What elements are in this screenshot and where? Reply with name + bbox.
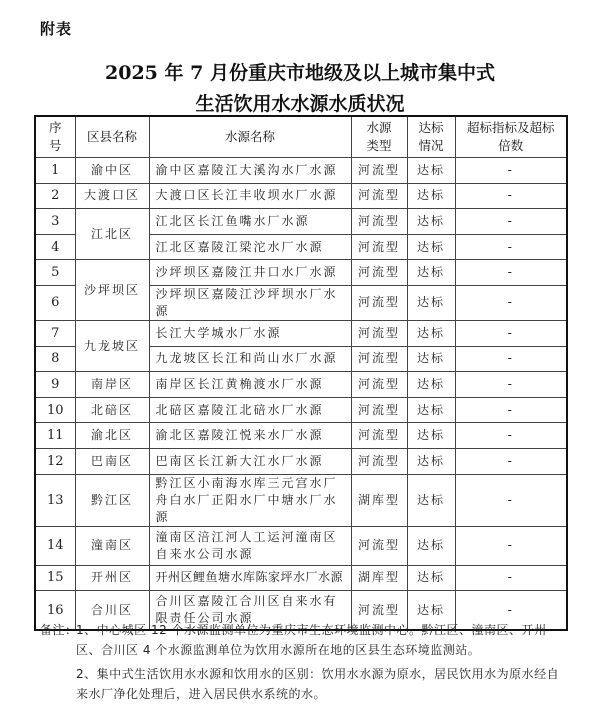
header-source-name: 水源名称 (149, 116, 351, 158)
cell-index: 10 (35, 397, 75, 423)
cell-type: 河流型 (351, 183, 407, 209)
cell-exceed: - (455, 183, 567, 209)
notes-section: 备注： 1、中心城区 12 个水源监测单位为重庆市生态环境监测中心。黔江区、潼南… (40, 620, 565, 708)
cell-index: 9 (35, 372, 75, 398)
table-row: 3 江北区 江北区长江鱼嘴水厂水源 河流型 达标 - (35, 209, 567, 235)
page-title-line2: 生活饮用水水源水质状况 (0, 89, 600, 116)
header-exceed: 超标指标及超标倍数 (455, 116, 567, 158)
table-row: 9 南岸区 南岸区长江黄桷渡水厂水源 河流型 达标 - (35, 372, 567, 398)
cell-district: 巴南区 (75, 448, 149, 474)
cell-type: 河流型 (351, 320, 407, 346)
cell-type: 河流型 (351, 526, 407, 565)
header-index: 序号 (35, 116, 75, 158)
cell-index: 6 (35, 285, 75, 320)
cell-exceed: - (455, 320, 567, 346)
cell-status: 达标 (407, 474, 455, 526)
page-title-line1: 2025 年 7 月份重庆市地级及以上城市集中式 (0, 58, 600, 85)
cell-status: 达标 (407, 526, 455, 565)
cell-type: 河流型 (351, 397, 407, 423)
cell-source: 九龙坡区长江和尚山水厂水源 (149, 346, 351, 372)
note-item-1: 1、中心城区 12 个水源监测单位为重庆市生态环境监测中心。黔江区、潼南区、开州… (76, 620, 565, 660)
cell-district: 北碚区 (75, 397, 149, 423)
cell-exceed: - (455, 526, 567, 565)
cell-type: 河流型 (351, 423, 407, 449)
header-district: 区县名称 (75, 116, 149, 158)
cell-status: 达标 (407, 448, 455, 474)
cell-exceed: - (455, 346, 567, 372)
cell-source: 南岸区长江黄桷渡水厂水源 (149, 372, 351, 398)
cell-district: 沙坪坝区 (75, 260, 149, 321)
header-source-type: 水源类型 (351, 116, 407, 158)
table-row: 5 沙坪坝区 沙坪坝区嘉陵江井口水厂水源 河流型 达标 - (35, 260, 567, 286)
table-header-row: 序号 区县名称 水源名称 水源类型 达标情况 超标指标及超标倍数 (35, 116, 567, 158)
cell-type: 河流型 (351, 158, 407, 184)
cell-type: 河流型 (351, 209, 407, 235)
cell-exceed: - (455, 209, 567, 235)
table-row: 2 大渡口区 大渡口区长江丰收坝水厂水源 河流型 达标 - (35, 183, 567, 209)
cell-type: 河流型 (351, 346, 407, 372)
cell-source: 渝北区嘉陵江悦来水厂水源 (149, 423, 351, 449)
cell-status: 达标 (407, 209, 455, 235)
cell-source: 长江大学城水厂水源 (149, 320, 351, 346)
cell-exceed: - (455, 448, 567, 474)
cell-district: 黔江区 (75, 474, 149, 526)
cell-type: 河流型 (351, 260, 407, 286)
cell-exceed: - (455, 565, 567, 591)
cell-status: 达标 (407, 565, 455, 591)
cell-index: 11 (35, 423, 75, 449)
cell-source: 北碚区嘉陵江北碚水厂水源 (149, 397, 351, 423)
table-row: 12 巴南区 巴南区长江新大江水厂水源 河流型 达标 - (35, 448, 567, 474)
cell-source: 开州区鲤鱼塘水库陈家坪水厂水源 (149, 565, 351, 591)
cell-type: 河流型 (351, 285, 407, 320)
cell-exceed: - (455, 260, 567, 286)
table-row: 14 潼南区 潼南区涪江河人工运河潼南区自来水公司水源 河流型 达标 - (35, 526, 567, 565)
table-row: 15 开州区 开州区鲤鱼塘水库陈家坪水厂水源 湖库型 达标 - (35, 565, 567, 591)
cell-source: 巴南区长江新大江水厂水源 (149, 448, 351, 474)
cell-type: 湖库型 (351, 565, 407, 591)
cell-index: 8 (35, 346, 75, 372)
cell-status: 达标 (407, 346, 455, 372)
cell-exceed: - (455, 423, 567, 449)
table-row: 10 北碚区 北碚区嘉陵江北碚水厂水源 河流型 达标 - (35, 397, 567, 423)
table-row: 1 渝中区 渝中区嘉陵江大溪沟水厂水源 河流型 达标 - (35, 158, 567, 184)
appendix-label: 附表 (40, 18, 72, 39)
cell-exceed: - (455, 234, 567, 260)
cell-source: 江北区嘉陵江梁沱水厂水源 (149, 234, 351, 260)
cell-district: 渝北区 (75, 423, 149, 449)
cell-exceed: - (455, 397, 567, 423)
cell-status: 达标 (407, 372, 455, 398)
note-item-2: 2、集中式生活饮用水水源和饮用水的区别：饮用水水源为原水，居民饮用水为原水经自来… (76, 664, 565, 704)
cell-index: 14 (35, 526, 75, 565)
cell-type: 河流型 (351, 448, 407, 474)
cell-source: 大渡口区长江丰收坝水厂水源 (149, 183, 351, 209)
cell-type: 湖库型 (351, 474, 407, 526)
cell-status: 达标 (407, 397, 455, 423)
cell-source: 黔江区小南海水库三元宫水厂舟白水厂正阳水厂中塘水厂水源 (149, 474, 351, 526)
cell-exceed: - (455, 285, 567, 320)
cell-index: 12 (35, 448, 75, 474)
cell-exceed: - (455, 158, 567, 184)
cell-exceed: - (455, 372, 567, 398)
cell-source: 沙坪坝区嘉陵江井口水厂水源 (149, 260, 351, 286)
cell-index: 3 (35, 209, 75, 235)
cell-district: 九龙坡区 (75, 320, 149, 371)
cell-index: 5 (35, 260, 75, 286)
water-quality-table: 序号 区县名称 水源名称 水源类型 达标情况 超标指标及超标倍数 1 渝中区 渝… (34, 115, 568, 631)
cell-district: 渝中区 (75, 158, 149, 184)
cell-type: 河流型 (351, 234, 407, 260)
cell-type: 河流型 (351, 372, 407, 398)
cell-source: 江北区长江鱼嘴水厂水源 (149, 209, 351, 235)
header-compliance: 达标情况 (407, 116, 455, 158)
cell-status: 达标 (407, 423, 455, 449)
cell-index: 7 (35, 320, 75, 346)
cell-source: 潼南区涪江河人工运河潼南区自来水公司水源 (149, 526, 351, 565)
cell-status: 达标 (407, 320, 455, 346)
cell-index: 2 (35, 183, 75, 209)
cell-district: 南岸区 (75, 372, 149, 398)
cell-index: 15 (35, 565, 75, 591)
table-row: 13 黔江区 黔江区小南海水库三元宫水厂舟白水厂正阳水厂中塘水厂水源 湖库型 达… (35, 474, 567, 526)
table-row: 7 九龙坡区 长江大学城水厂水源 河流型 达标 - (35, 320, 567, 346)
notes-label: 备注： (40, 620, 78, 640)
cell-status: 达标 (407, 234, 455, 260)
cell-index: 1 (35, 158, 75, 184)
cell-status: 达标 (407, 285, 455, 320)
cell-status: 达标 (407, 183, 455, 209)
cell-district: 大渡口区 (75, 183, 149, 209)
cell-index: 13 (35, 474, 75, 526)
cell-status: 达标 (407, 260, 455, 286)
cell-exceed: - (455, 474, 567, 526)
cell-district: 开州区 (75, 565, 149, 591)
table-row: 11 渝北区 渝北区嘉陵江悦来水厂水源 河流型 达标 - (35, 423, 567, 449)
cell-index: 4 (35, 234, 75, 260)
cell-source: 沙坪坝区嘉陵江沙坪坝水厂水源 (149, 285, 351, 320)
cell-status: 达标 (407, 158, 455, 184)
cell-source: 渝中区嘉陵江大溪沟水厂水源 (149, 158, 351, 184)
cell-district: 潼南区 (75, 526, 149, 565)
cell-district: 江北区 (75, 209, 149, 260)
